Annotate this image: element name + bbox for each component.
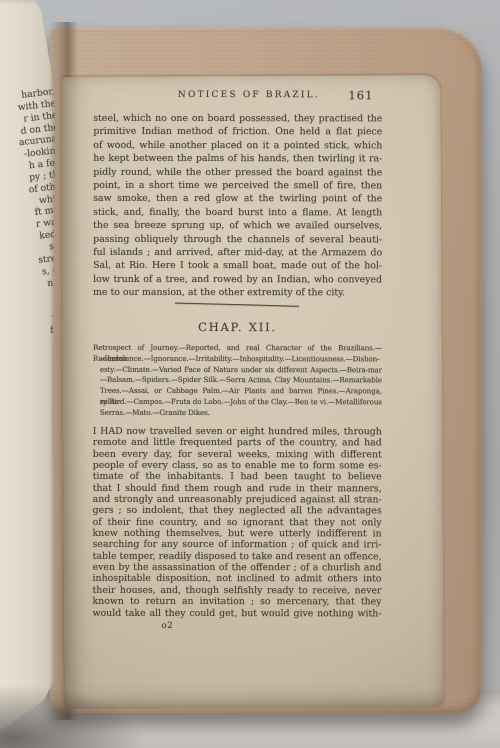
signature-mark: o2 bbox=[161, 621, 381, 631]
page-number: 161 bbox=[348, 88, 373, 102]
chapter-summary: Retrospect of Journey.—Reported, and rea… bbox=[93, 343, 382, 420]
chapter-heading: CHAP. XII. bbox=[93, 320, 382, 335]
paragraph-travels: I HAD now travelled seven or eight hundr… bbox=[92, 426, 381, 619]
main-page: NOTICES OF BRAZIL. 161 steel, which no o… bbox=[61, 75, 443, 709]
paragraph-fire-friction: steel, which no one on board possessed, … bbox=[93, 112, 382, 300]
page-header: NOTICES OF BRAZIL. 161 bbox=[93, 88, 382, 104]
section-divider-rule bbox=[175, 303, 299, 308]
book-photo-scene: harbor,with ther in thed on theacuruna,-… bbox=[0, 0, 500, 748]
book-shadow bbox=[0, 682, 150, 748]
text-block: NOTICES OF BRAZIL. 161 steel, which no o… bbox=[92, 88, 382, 631]
